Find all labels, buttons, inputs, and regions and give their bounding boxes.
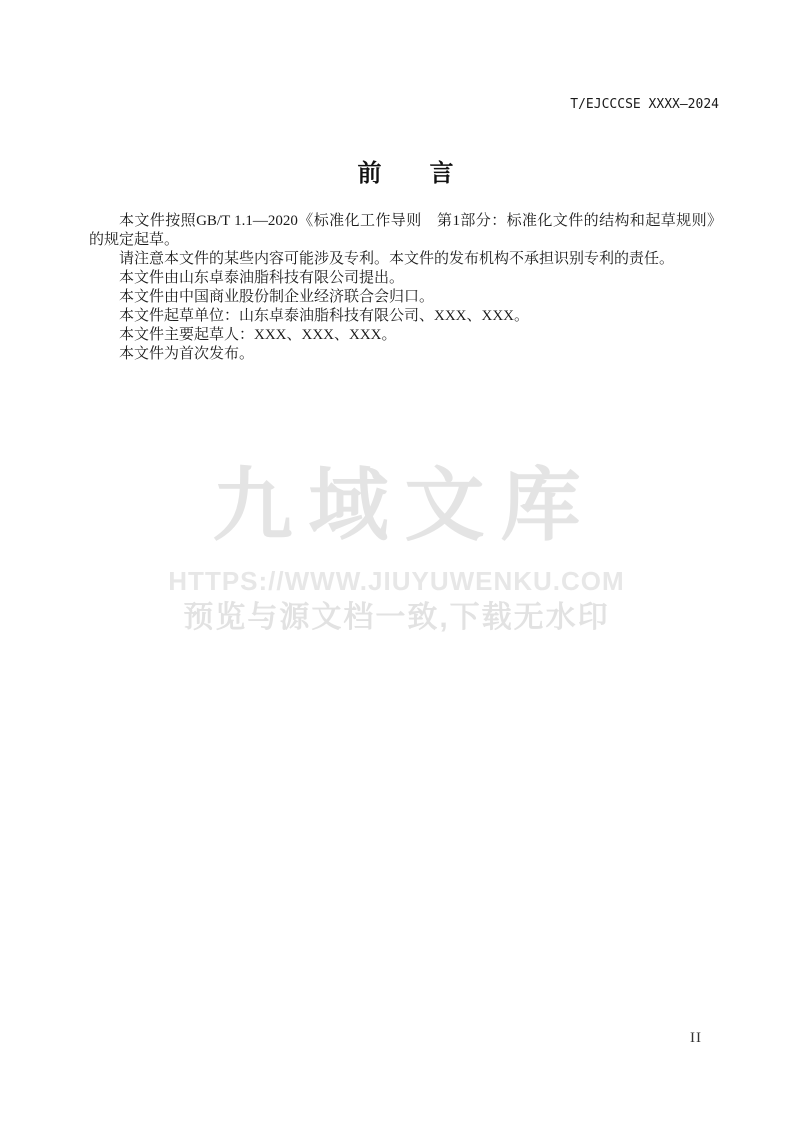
document-page: T/EJCCCSE XXXX—2024 前 言 本文件按照GB/T 1.1—20… [0,0,793,1122]
foreword-content: 本文件按照GB/T 1.1—2020《标准化工作导则 第1部分：标准化文件的结构… [89,212,722,364]
foreword-paragraph-patent-notice: 请注意本文件的某些内容可能涉及专利。本文件的发布机构不承担识别专利的责任。 [89,250,722,269]
document-code: T/EJCCCSE XXXX—2024 [570,97,719,112]
page-number: II [690,1030,702,1047]
foreword-paragraph-drafting-organizations: 本文件起草单位：山东卓泰油脂科技有限公司、XXX、XXX。 [89,307,722,326]
foreword-paragraph-drafting-rules: 本文件按照GB/T 1.1—2020《标准化工作导则 第1部分：标准化文件的结构… [89,212,722,250]
watermark-tagline-text: 预览与源文档一致,下载无水印 [0,601,793,636]
foreword-paragraph-first-issue: 本文件为首次发布。 [89,345,722,364]
page-title: 前 言 [89,158,722,190]
foreword-paragraph-main-drafters: 本文件主要起草人：XXX、XXX、XXX。 [89,326,722,345]
foreword-paragraph-proposed-by: 本文件由山东卓泰油脂科技有限公司提出。 [89,269,722,288]
watermark-url-text: HTTPS://WWW.JIUYUWENKU.COM [0,567,793,596]
foreword-paragraph-centralized-by: 本文件由中国商业股份制企业经济联合会归口。 [89,288,722,307]
watermark-brand-text: 九域文库 [0,462,793,550]
